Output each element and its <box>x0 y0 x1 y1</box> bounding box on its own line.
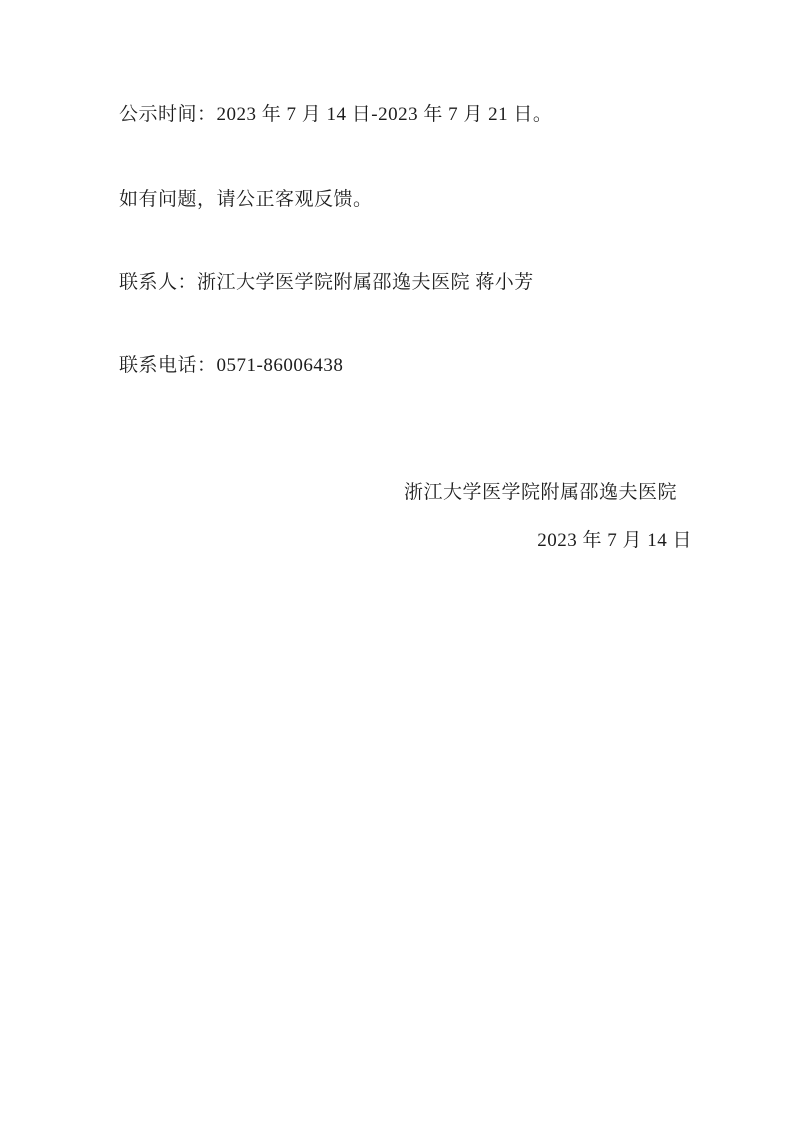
paragraph-feedback-note: 如有问题，请公正客观反馈。 <box>119 188 373 212</box>
signature-organization: 浙江大学医学院附属邵逸夫医院 <box>404 481 677 505</box>
paragraph-contact-person: 联系人：浙江大学医学院附属邵逸夫医院 蒋小芳 <box>119 271 534 295</box>
paragraph-contact-phone: 联系电话：0571-86006438 <box>119 354 343 378</box>
paragraph-publicity-period: 公示时间：2023 年 7 月 14 日-2023 年 7 月 21 日。 <box>119 103 552 127</box>
signature-date: 2023 年 7 月 14 日 <box>537 529 692 553</box>
document-page: 公示时间：2023 年 7 月 14 日-2023 年 7 月 21 日。 如有… <box>0 0 793 1122</box>
